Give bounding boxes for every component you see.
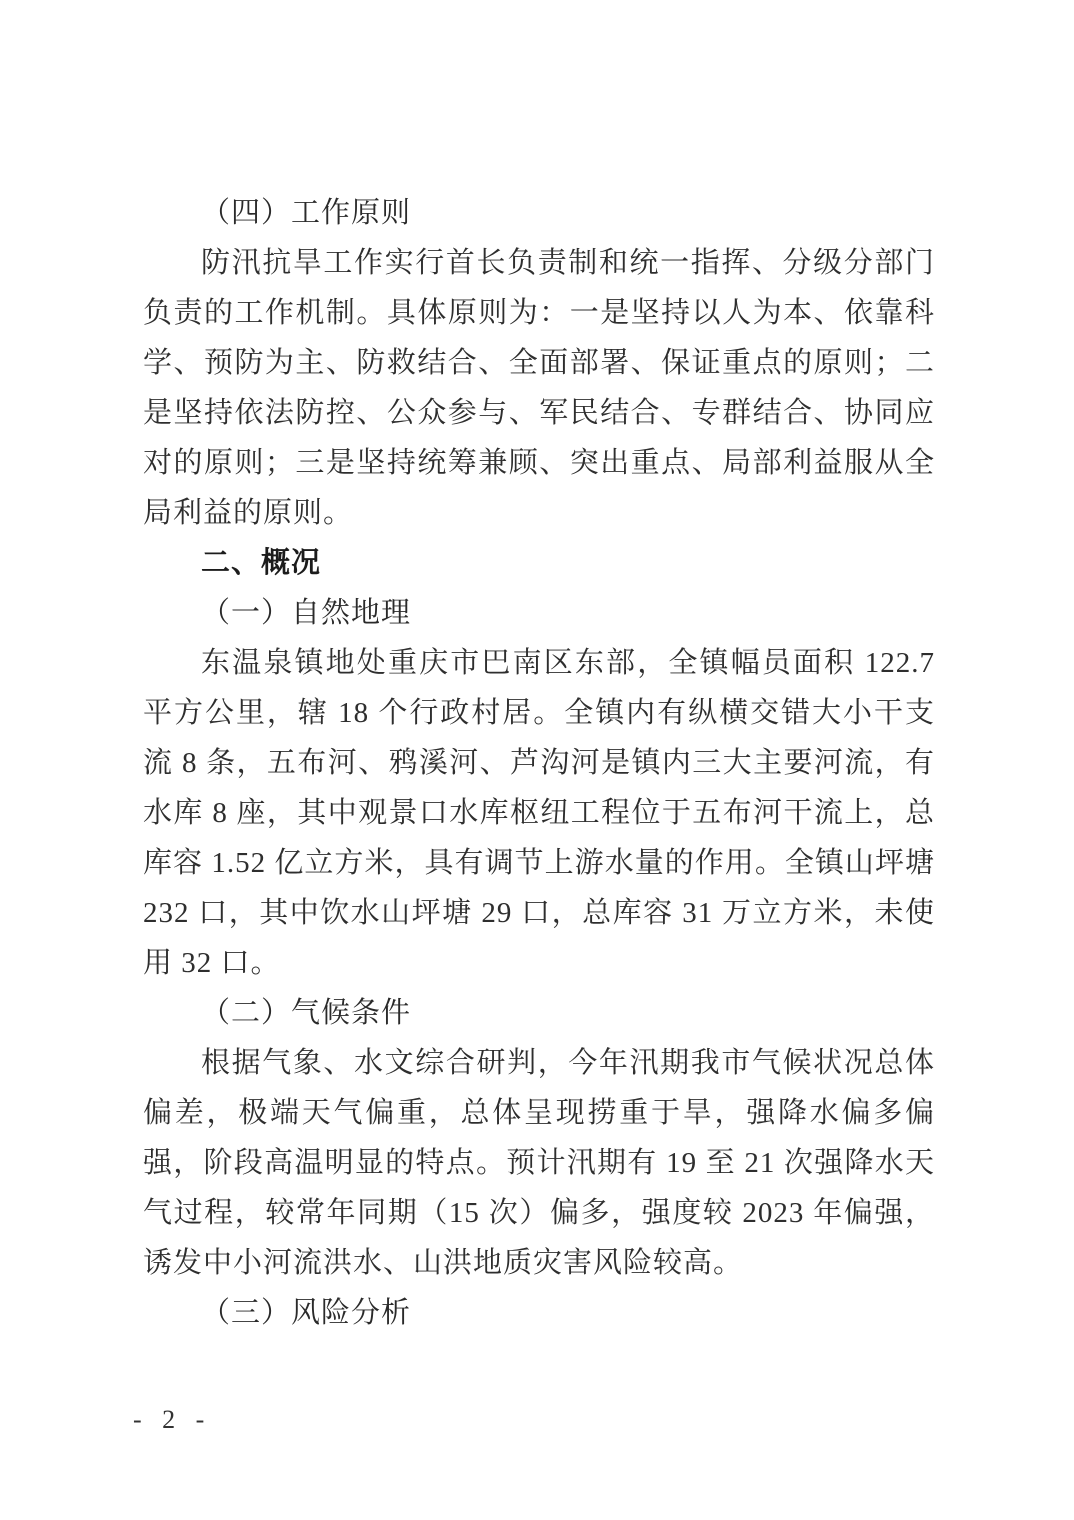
document-body: （四）工作原则 防汛抗旱工作实行首长负责制和统一指挥、分级分部门负责的工作机制。…	[143, 188, 935, 1338]
paragraph-natural-geography: 东温泉镇地处重庆市巴南区东部，全镇幅员面积 122.7 平方公里，辖 18 个行…	[143, 638, 935, 988]
paragraph-climate-conditions: 根据气象、水文综合研判，今年汛期我市气候状况总体偏差，极端天气偏重，总体呈现捞重…	[143, 1038, 935, 1288]
section-heading-risk-analysis: （三）风险分析	[143, 1288, 935, 1338]
paragraph-work-principles: 防汛抗旱工作实行首长负责制和统一指挥、分级分部门负责的工作机制。具体原则为：一是…	[143, 238, 935, 538]
document-page: （四）工作原则 防汛抗旱工作实行首长负责制和统一指挥、分级分部门负责的工作机制。…	[0, 0, 1074, 1520]
section-heading-climate-conditions: （二）气候条件	[143, 988, 935, 1038]
section-heading-overview: 二、概况	[143, 538, 935, 588]
section-heading-natural-geography: （一）自然地理	[143, 588, 935, 638]
section-heading-work-principles: （四）工作原则	[143, 188, 935, 238]
page-footer: - 2 -	[133, 1405, 211, 1435]
page-number: - 2 -	[133, 1405, 211, 1434]
